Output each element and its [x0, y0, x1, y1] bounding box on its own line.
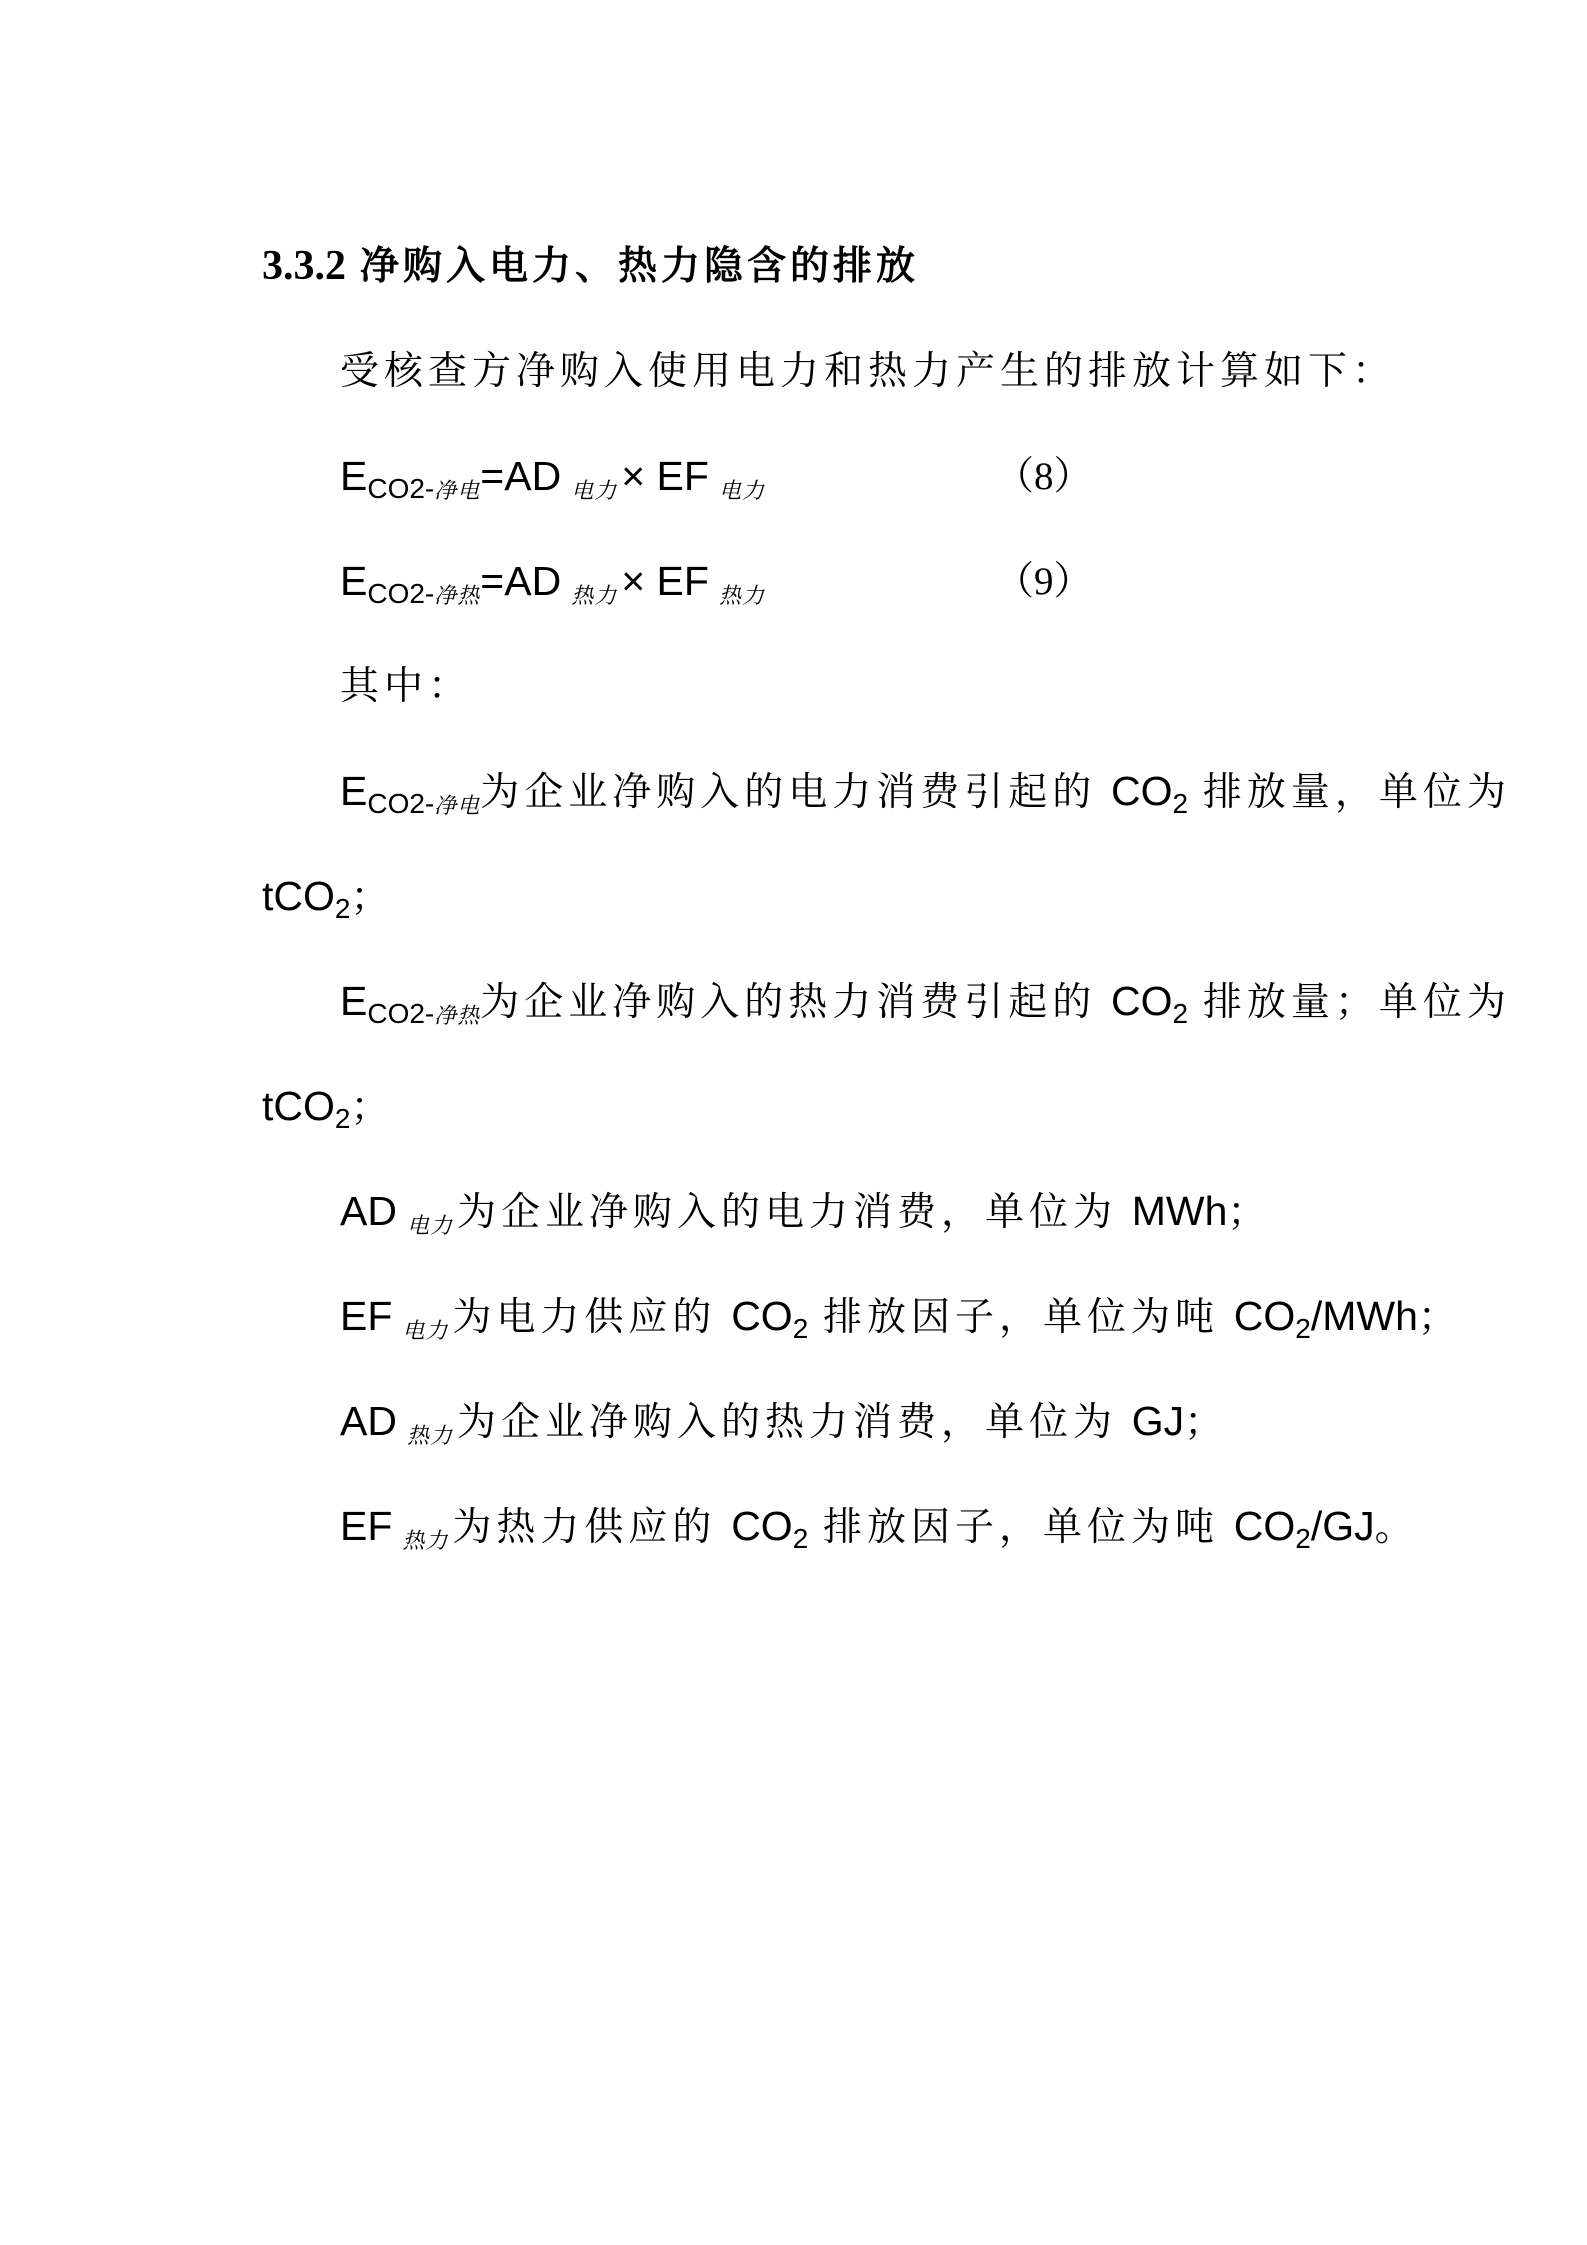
def4-co-sub: 2: [793, 1313, 809, 1344]
eq8-op2: × EF: [621, 453, 709, 499]
def1-co: CO: [1111, 768, 1173, 814]
def4-text-a: 为电力供应的: [452, 1296, 731, 1339]
eq9-lhs-sub-latin: CO2-: [367, 578, 434, 609]
def6-text-b: 排放因子，单位为吨: [808, 1506, 1234, 1549]
definition-eco2-jingdian-unit: tCO2；: [262, 844, 1347, 949]
def4-co2-sub: 2: [1295, 1313, 1311, 1344]
among-label: 其中：: [340, 665, 472, 708]
section-number: 3.3.2: [262, 243, 346, 289]
definition-ad-dianli: AD电力为企业净购入的电力消费，单位为 MWh；: [262, 1159, 1347, 1264]
def1-text-a: 为企业净购入的电力消费引起的: [480, 771, 1111, 814]
def6-co-sub: 2: [793, 1523, 809, 1554]
def2-text-b: 排放量；单位为: [1188, 981, 1511, 1024]
def5-symbol: AD: [340, 1398, 397, 1444]
definition-eco2-jingdian: ECO2-净电为企业净购入的电力消费引起的 CO2 排放量，单位为: [262, 739, 1347, 844]
eq8-ad-sub: 电力: [571, 478, 617, 503]
definition-eco2-jingre: ECO2-净热为企业净购入的热力消费引起的 CO2 排放量；单位为: [262, 949, 1347, 1054]
equation-9: ECO2-净热=AD热力× EF热力（9）: [262, 529, 1347, 634]
def6-co2: CO: [1234, 1503, 1296, 1549]
def4-co: CO: [731, 1293, 793, 1339]
def1-co-sub: 2: [1173, 788, 1189, 819]
def2-unit-sub: 2: [335, 1103, 351, 1134]
eq9-op2: × EF: [621, 558, 709, 604]
def5-symbol-sub-cjk: 热力: [407, 1423, 453, 1448]
def2-symbol-sub-latin: CO2-: [367, 998, 434, 1029]
def3-text: 为企业净购入的电力消费，单位为: [457, 1191, 1132, 1234]
eq8-lhs: E: [340, 453, 367, 499]
def1-unit-tail: ；: [350, 876, 394, 919]
def6-symbol-sub-cjk: 热力: [402, 1528, 448, 1553]
def2-text-a: 为企业净购入的热力消费引起的: [480, 981, 1111, 1024]
eq8-op1: =AD: [480, 453, 561, 499]
definition-ef-dianli: EF电力为电力供应的 CO2 排放因子，单位为吨 CO2/MWh；: [262, 1264, 1347, 1369]
def1-symbol: E: [340, 768, 367, 814]
def2-co: CO: [1111, 978, 1173, 1024]
def2-co-sub: 2: [1173, 998, 1189, 1029]
def4-text-b: 排放因子，单位为吨: [808, 1296, 1234, 1339]
def2-unit-pre: tCO: [262, 1083, 335, 1129]
def6-tail: 。: [1375, 1506, 1419, 1549]
def2-unit-tail: ；: [350, 1086, 394, 1129]
eq9-ef-sub: 热力: [719, 583, 765, 608]
def3-symbol: AD: [340, 1188, 397, 1234]
def4-co2: CO: [1234, 1293, 1296, 1339]
intro-paragraph: 受核查方净购入使用电力和热力产生的排放计算如下：: [262, 319, 1347, 424]
intro-text: 受核查方净购入使用电力和热力产生的排放计算如下：: [340, 350, 1396, 393]
eq8-lhs-sub-latin: CO2-: [367, 473, 434, 504]
def5-unit: GJ: [1132, 1398, 1184, 1444]
def4-tail: ；: [1418, 1296, 1462, 1339]
def6-co2-sub: 2: [1295, 1523, 1311, 1554]
eq8-ef-sub: 电力: [719, 478, 765, 503]
document-page: 3.3.2净购入电力、热力隐含的排放 受核查方净购入使用电力和热力产生的排放计算…: [0, 0, 1587, 2245]
def6-symbol: EF: [340, 1503, 392, 1549]
definition-eco2-jingre-unit: tCO2；: [262, 1054, 1347, 1159]
def4-unit: /MWh: [1311, 1293, 1418, 1339]
eq9-number: （9）: [995, 529, 1093, 634]
def5-tail: ；: [1184, 1401, 1228, 1444]
eq9-ad-sub: 热力: [571, 583, 617, 608]
def4-symbol-sub-cjk: 电力: [402, 1318, 448, 1343]
def3-tail: ；: [1227, 1191, 1271, 1234]
def4-symbol: EF: [340, 1293, 392, 1339]
def6-co: CO: [731, 1503, 793, 1549]
def1-text-b: 排放量，单位为: [1188, 771, 1511, 814]
section-title-text: 净购入电力、热力隐含的排放: [360, 245, 919, 288]
among-paragraph: 其中：: [262, 634, 1347, 739]
def3-symbol-sub-cjk: 电力: [407, 1213, 453, 1238]
def1-symbol-sub-latin: CO2-: [367, 788, 434, 819]
eq9-op1: =AD: [480, 558, 561, 604]
equation-8: ECO2-净电=AD电力× EF电力（8）: [262, 424, 1347, 529]
eq9-lhs: E: [340, 558, 367, 604]
def5-text: 为企业净购入的热力消费，单位为: [457, 1401, 1132, 1444]
definition-ad-reli: AD热力为企业净购入的热力消费，单位为 GJ；: [262, 1369, 1347, 1474]
def2-symbol: E: [340, 978, 367, 1024]
def3-unit: MWh: [1132, 1188, 1228, 1234]
def1-unit-sub: 2: [335, 893, 351, 924]
def2-symbol-sub-cjk: 净热: [434, 1003, 480, 1028]
section-heading: 3.3.2净购入电力、热力隐含的排放: [262, 214, 1347, 319]
def6-text-a: 为热力供应的: [452, 1506, 731, 1549]
def6-unit: /GJ: [1311, 1503, 1375, 1549]
eq9-lhs-sub-cjk: 净热: [434, 583, 480, 608]
eq8-lhs-sub-cjk: 净电: [434, 478, 480, 503]
def1-symbol-sub-cjk: 净电: [434, 793, 480, 818]
def1-unit-pre: tCO: [262, 873, 335, 919]
definition-ef-reli: EF热力为热力供应的 CO2 排放因子，单位为吨 CO2/GJ。: [262, 1474, 1347, 1579]
eq8-number: （8）: [995, 424, 1093, 529]
